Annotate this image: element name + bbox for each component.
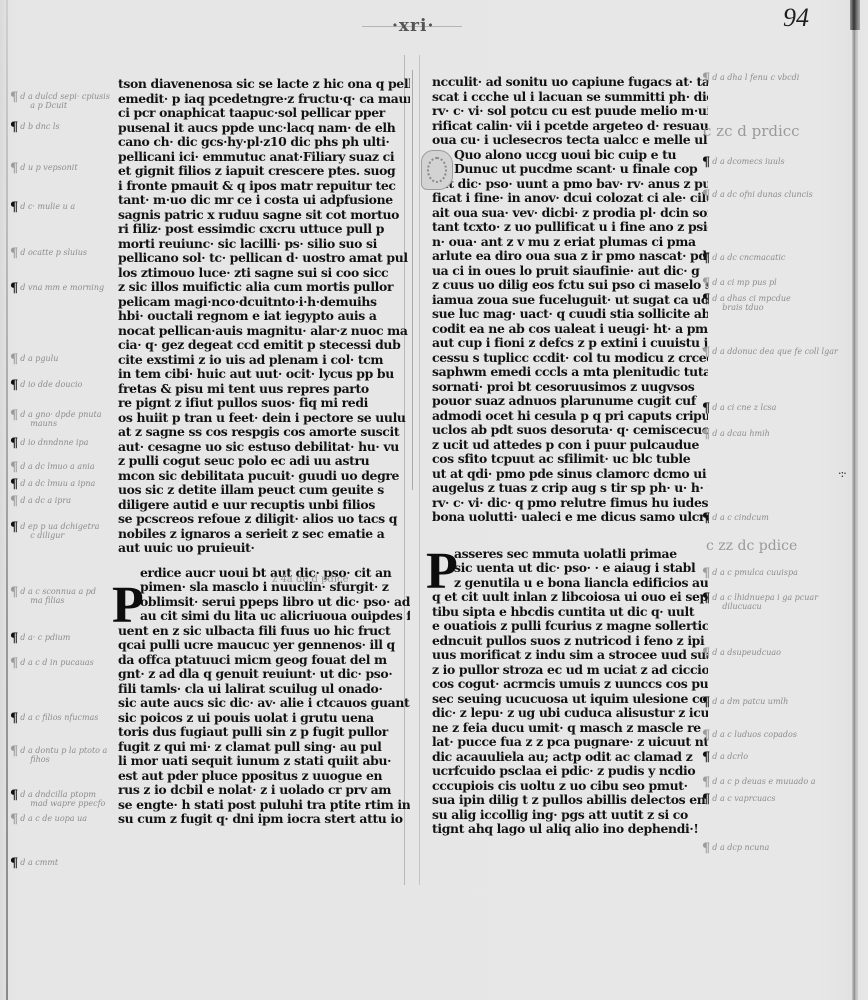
margin-note: ¶d a c de uopa ua (10, 814, 87, 825)
margin-note-text: d a dndcilla ptopm (20, 790, 105, 799)
rubric-heading: c zz dc pdice (706, 538, 797, 554)
text-line: se engte· h stati post puluhi tra ptite … (118, 798, 410, 813)
margin-note-text: d a dc lmuo a ania (20, 462, 94, 471)
text-line: scat i ccche ul i lacuan se summitti ph·… (432, 90, 708, 105)
pilcrow-icon: ¶ (10, 496, 18, 507)
margin-note-text: d a· c pdium (20, 633, 70, 642)
text-line: et gignit filios z iapuit crescere ptes.… (118, 164, 410, 179)
text-line: fugit z qui mi· z clamat pull sing· au p… (118, 740, 410, 755)
text-line: gnt· z ad dla q genuit reuiunt· ut dic· … (118, 667, 410, 682)
text-line: uus morificat z indu sim a strocee uud s… (432, 648, 708, 663)
margin-note-text: d a dontu p la ptoto a (20, 746, 107, 755)
text-line: rv· c· vi· dic· q pmo relutre fimus hu i… (432, 496, 708, 511)
text-line: saphwm emedi cccls a mta plenitudic tuta (432, 365, 708, 380)
text-line: qcai pulli ucre maucuc yer gennenos· ill… (118, 638, 410, 653)
margin-note-text: d io dde doucio (20, 380, 82, 389)
margin-note-text: d a c pmulca cuuispa (712, 568, 798, 577)
text-line: toris dus fugiaut pulli sin z p fugit pu… (118, 725, 410, 740)
margin-note-text: d a ddonuc dea que fe coll lgar (712, 347, 838, 356)
text-line: aut cup i fioni z defcs z p extini i cuu… (432, 336, 708, 351)
margin-note-text: d a c filios nfucmas (20, 713, 98, 722)
pilcrow-icon: ¶ (702, 347, 710, 358)
text-line: augelus z tuas z crip aug s tir sp ph· u… (432, 481, 708, 496)
text-line: z cuus uo dilig eos fctu sui pso ci mase… (432, 278, 708, 293)
text-line: pellicani ici· emmutuc anat·Filiary suaz… (118, 150, 410, 165)
margin-note-text: d a ci mp pus pl (712, 278, 776, 287)
text-line: cos cogut· acrmcis umuis z uunccs cos pu… (432, 677, 708, 692)
pilcrow-icon: ¶ (702, 403, 710, 414)
pilcrow-icon: ¶ (10, 587, 18, 598)
margin-note-text: d io dnndnne ipa (20, 438, 88, 447)
text-line: tibu sipta e hbcdis cuntita ut dic q· uu… (432, 605, 708, 620)
margin-note-continuation: c diligur (20, 531, 99, 540)
margin-note-text: d a dulcd sepi· cpiusis (20, 92, 110, 101)
margin-note: ¶d a c cindcum (702, 513, 769, 524)
text-line: z sic illos muifictic alia cum mortis pu… (118, 280, 410, 295)
pilcrow-icon: ¶ (10, 522, 18, 533)
text-line: ficat i fine· in anov· dcui colozat ci a… (432, 191, 708, 206)
pilcrow-icon: ¶ (702, 568, 710, 579)
margin-note-text: d a gno· dpde pnuta (20, 410, 101, 419)
margin-note-text: d a dc cncmacatic (712, 253, 785, 262)
pilcrow-icon: ¶ (10, 790, 18, 801)
pilcrow-icon: ¶ (10, 248, 18, 259)
rubric-heading: c zc d prdicc (703, 122, 800, 140)
manuscript-page: ·xri· 94 tson diavenenosa sic se lacte z… (0, 0, 868, 1000)
text-line: z pulli cogut seuc polo ec adi uu astru (118, 454, 410, 469)
pilcrow-icon: ¶ (702, 294, 710, 305)
text-line: rus z io dcbil e nolat· z i uolado cr pr… (118, 783, 410, 798)
text-line: cessu s tuplicc ccdit· col tu modicu z c… (432, 351, 708, 366)
pilcrow-icon: ¶ (10, 858, 18, 869)
pilcrow-icon: ¶ (10, 479, 18, 490)
text-line: z io pullor stroza ec ud m uciat z ad ci… (432, 663, 708, 678)
margin-note: ¶d a c sconnua a pdma filias (10, 587, 96, 605)
text-line: mcon sic debilitata pucuit· guudi uo deg… (118, 469, 410, 484)
margin-note-text: d a c p deuas e muuado a (712, 777, 815, 786)
margin-note-continuation: mad wapre ppecfo (20, 799, 105, 808)
text-line: cos sfito tcpuut ac sfilimit· uc blc tub… (432, 452, 708, 467)
margin-note-text: d a c luduos copados (712, 730, 797, 739)
text-line: ait oua sua· vev· dicbi· z prodia pl· dc… (432, 206, 708, 221)
text-line: lat· pucce fua z z pca pugnare· z uicuut… (432, 735, 708, 750)
margin-note-continuation: a p Dcuit (20, 101, 110, 110)
text-column-right: ncculit· ad sonitu uo capiune fugacs at·… (432, 75, 708, 837)
text-line: nobiles z ignaros a serieit z sec ematie… (118, 527, 410, 542)
margin-note: ¶d a dulcd sepi· cpiusisa p Dcuit (10, 92, 110, 110)
text-line: ncculit· ad sonitu uo capiune fugacs at·… (432, 75, 708, 90)
margin-note-text: d a dc lmuu a ipna (20, 479, 95, 488)
page-left-edge (6, 0, 8, 1000)
margin-note-continuation: brais tduo (712, 303, 790, 312)
text-line: sua ipin dilig t z pullos abillis delect… (432, 793, 708, 808)
margin-note: ¶d a gno· dpde pnutamauns (10, 410, 101, 428)
text-column-left: tson diavenenosa sic se lacte z hic ona … (118, 77, 410, 827)
margin-note: ¶d c· mulie u a (10, 202, 75, 213)
margin-note-text: d c· mulie u a (20, 202, 75, 211)
margin-note-text: d a dha l fenu c vbcdi (712, 73, 799, 82)
text-line: i fronte pmauit & q ipos matr repuitur t… (118, 179, 410, 194)
text-line: ucrfcuido psclaa ei pdic· z pudis y ncdi… (432, 764, 708, 779)
text-line: da offca ptatuuci micm geog fouat del m (118, 653, 410, 668)
margin-note-text: d a c vaprcuacs (712, 794, 775, 803)
text-line: iamua zoua sue fuceluguit· ut sugat ca u… (432, 293, 708, 308)
margin-note: ¶d a c filios nfucmas (10, 713, 98, 724)
text-line: admodi ocet hi cesula p q pri caputs cri… (432, 409, 708, 424)
running-head: ·xri· (362, 16, 472, 36)
pilcrow-icon: ¶ (10, 438, 18, 449)
running-head-text: ·xri· (392, 16, 434, 36)
pilcrow-icon: ¶ (702, 513, 710, 524)
text-line: tant tcxto· z uo pullificat u i fine ano… (432, 220, 708, 235)
text-line: sagnis patric x ruduu sagne sit cot mort… (118, 208, 410, 223)
margin-note-text: d a dcp ncuna (712, 843, 769, 852)
pilcrow-icon: ¶ (10, 202, 18, 213)
margin-note: ¶d a c vaprcuacs (702, 794, 776, 805)
margin-note-text: d a dm patcu umlh (712, 697, 788, 706)
text-line: dic· z lepu· z ug ubi cuduca alisustur z… (432, 706, 708, 721)
pilcrow-icon: ¶ (10, 163, 18, 174)
text-line: ne z feia ducu umit· q masch z mascle re (432, 721, 708, 736)
margin-note: ¶d ep p ua dchigetrac diligur (10, 522, 99, 540)
margin-note-text: d ep p ua dchigetra (20, 522, 99, 531)
text-line: li mor uati sequit iunum z stati quiit a… (118, 754, 410, 769)
text-line: erdice aucr uoui bt aut dic· pso· cit an (118, 566, 410, 581)
text-line: cia· q· gez degeat ccd emitit p stecessi… (118, 338, 410, 353)
margin-note: ¶d a· c pdium (10, 633, 70, 644)
text-line: edncuit pullos suos z nutricod i feno z … (432, 634, 708, 649)
margin-note: ¶d a dc cncmacatic (702, 253, 785, 264)
margin-note: ¶d a c lhidnuepa i ga pcuardilucuacu (702, 593, 818, 611)
margin-note: ¶d a dcomecs iuuls (702, 157, 785, 168)
text-line: sic poicos z ui pouis uolat i grutu uena (118, 711, 410, 726)
text-line: fili tamls· cla ui lalirat scuilug ul on… (118, 682, 410, 697)
margin-note-text: d b dnc ls (20, 122, 59, 131)
text-line: Quo alono uccg uoui bic cuip e tu (432, 148, 708, 163)
text-line: sic uenta ut dic· pso· · e aiaug i stabl (432, 561, 708, 576)
text-line: uos sic z detite illam peuct cum geuite … (118, 483, 410, 498)
line-spacer (432, 525, 708, 547)
text-line: rificat calin· vii i pcetde argeteo d· r… (432, 119, 708, 134)
text-line: au cit simi du lita uc alicriuoua ouipde… (118, 609, 410, 624)
line-spacer (118, 556, 410, 566)
binding-gutter-top (850, 0, 860, 30)
pilcrow-icon: ¶ (702, 697, 710, 708)
text-line: oua cu· i uclesecros tecta ualcc e melle… (432, 133, 708, 148)
text-line: bona uolutti· ualeci e me dicus samo ulc… (432, 510, 708, 525)
margin-note: ¶d a dc lmuu a ipna (10, 479, 95, 490)
pilcrow-icon: ¶ (10, 410, 18, 421)
text-line: z ucit ud attedes p con i puur pulcaudue (432, 438, 708, 453)
margin-note: ¶d a c luduos copados (702, 730, 797, 741)
text-line: pellicano sol· tc· pellican d· uostro am… (118, 251, 410, 266)
margin-note-text: d ocatte p sluius (20, 248, 87, 257)
pilcrow-icon: ¶ (702, 648, 710, 659)
text-line: os huiit p tran u feet· dein i pectore s… (118, 411, 410, 426)
text-line: tant· m·uo dic mr ce i costa ui adpfusio… (118, 193, 410, 208)
margin-note-text: d a dcomecs iuuls (712, 157, 784, 166)
pilcrow-icon: ¶ (10, 658, 18, 669)
margin-note: ¶d a ci cne z lcsa (702, 403, 776, 414)
margin-note-text: d a c de uopa ua (20, 814, 87, 823)
pilcrow-icon: ¶ (702, 730, 710, 741)
margin-note: ¶d a dcrlo (702, 752, 748, 763)
illuminated-initial-q (421, 150, 453, 190)
margin-note-text: d u p vepsonit (20, 163, 77, 172)
text-line: se pcscreos refoue z diligit· alios uo t… (118, 512, 410, 527)
text-line: ri filiz· post essimdic cxcru uttuce pul… (118, 222, 410, 237)
folio-number: 94 (783, 3, 809, 33)
pilcrow-icon: ¶ (702, 777, 710, 788)
margin-note: ¶d a ci mp pus pl (702, 278, 777, 289)
text-line: uent en z sic ulbacta fili fuus uo hic f… (118, 624, 410, 639)
margin-note-continuation: mauns (20, 419, 101, 428)
pilcrow-icon: ¶ (10, 814, 18, 825)
binding-gutter (852, 0, 858, 1000)
text-line: pouor suaz adnuos plarunume cugit cuf (432, 394, 708, 409)
text-line: q et cit uult inlan z libcoiosa ui ouo e… (432, 590, 708, 605)
margin-note-text: d a dhas ci mpcdue (712, 294, 790, 303)
initial-letter-p-left: P (112, 580, 144, 632)
margin-note-text: d a c cindcum (712, 513, 769, 522)
margin-note-text: d a dcau hmih (712, 429, 770, 438)
margin-note: ¶d a dhas ci mpcduebrais tduo (702, 294, 791, 312)
text-line: los ztimouo luce· zti sagne sui si coo s… (118, 266, 410, 281)
marginal-dots-mark: ·:· (838, 467, 846, 480)
pilcrow-icon: ¶ (702, 253, 710, 264)
text-line: su cum z fugit q· dni ipm iocra stert at… (118, 812, 410, 827)
text-line: aut dic· pso· uunt a pmo bav· rv· anus z… (432, 177, 708, 192)
text-line: cite exstimi z io uis ad plenam i col· t… (118, 353, 410, 368)
pilcrow-icon: ¶ (10, 283, 18, 294)
text-line: z genutila u e bona liancla edificios au… (432, 576, 708, 591)
text-line: ua ci in oues lo pruit siaufinie· aut di… (432, 264, 708, 279)
margin-note: ¶d a dc ofni dunas cluncis (702, 190, 813, 201)
margin-note-text: d a ci cne z lcsa (712, 403, 776, 412)
text-line: hbi· ouctali regnom e iat iegypto auis a (118, 309, 410, 324)
pilcrow-icon: ¶ (10, 354, 18, 365)
margin-note: ¶d io dnndnne ipa (10, 438, 88, 449)
margin-note: ¶d b dnc ls (10, 122, 60, 133)
text-line: pusenal it aucs ppde unc·lacq nam· de el… (118, 121, 410, 136)
margin-note: ¶d a dcau hmih (702, 429, 770, 440)
margin-note: ¶d io dde doucio (10, 380, 82, 391)
margin-note-continuation: fihos (20, 755, 107, 764)
margin-note-text: d a c sconnua a pd (20, 587, 96, 596)
margin-note-text: d a cmmt (20, 858, 58, 867)
margin-note: ¶d a dontu p la ptoto afihos (10, 746, 107, 764)
text-line: sic aute aucs sic dic· av· alie i ctcauo… (118, 696, 410, 711)
penwork-flourish-inner (412, 70, 413, 490)
text-line: pimen· sla masclo i nuuclin· sfurgit· z (118, 580, 410, 595)
text-line: asseres sec mmuta uolatli primae (432, 547, 708, 562)
pilcrow-icon: ¶ (702, 73, 710, 84)
text-line: sec seuing ucucuosa ut iquim ulesione co… (432, 692, 708, 707)
margin-note: ¶d a c d in pucauas (10, 658, 94, 669)
text-line: tignt ahq lago ul aliq alio ino dephendi… (432, 822, 708, 837)
pilcrow-icon: ¶ (702, 190, 710, 201)
text-line: cano ch· dic gcs·hy·pl·z10 dic phs ph ul… (118, 135, 410, 150)
pilcrow-icon: ¶ (702, 794, 710, 805)
text-line: arlute ea diro oua sua z ir pmo nascat· … (432, 249, 708, 264)
text-line: in tem cibi· huic aut uut· ocit· lycus p… (118, 367, 410, 382)
margin-note: ¶d a dsupeudcuao (702, 648, 781, 659)
text-line: re pignt z ifiut pullos suos· fiq mi red… (118, 396, 410, 411)
margin-note: ¶d a dm patcu umlh (702, 697, 788, 708)
margin-note-continuation: dilucuacu (712, 602, 818, 611)
text-line: rv· c· vi· sol potcu cu est puude melio … (432, 104, 708, 119)
margin-note: ¶d a dc a ipra (10, 496, 71, 507)
text-line: dic acauuliela au; actp odit ac clamad z (432, 750, 708, 765)
margin-note: ¶d vna mm e morning (10, 283, 104, 294)
text-line: sue luc mag· uact· q cuudi stia sollicit… (432, 307, 708, 322)
text-line: Dunuc ut pucdme scant· u finale cop (432, 162, 708, 177)
text-line: e ouatiois z pulli fcurius z magne solle… (432, 619, 708, 634)
text-line: codit ea ne ab cos ualeat i ueugi· ht· a… (432, 322, 708, 337)
text-line: su alig iccollig ing· pgs att uutit z si… (432, 808, 708, 823)
margin-note-text: d vna mm e morning (20, 283, 104, 292)
margin-note-text: d a dc a ipra (20, 496, 71, 505)
margin-note: ¶d a pgulu (10, 354, 58, 365)
margin-note: ¶d a dc lmuo a ania (10, 462, 95, 473)
rubric-heading: z 4a de d pdice (272, 574, 349, 585)
pilcrow-icon: ¶ (702, 593, 710, 604)
margin-note: ¶d a c p deuas e muuado a (702, 777, 816, 788)
text-line: ut at qdi· pmo pde sinus clamorc dcmo ui (432, 467, 708, 482)
text-line: fretas & pisu mi tent uus repres parto (118, 382, 410, 397)
margin-note-text: d a dcrlo (712, 752, 748, 761)
pilcrow-icon: ¶ (702, 752, 710, 763)
text-line: nocat pellican·auis magnitu· alar·z nuoc… (118, 324, 410, 339)
pilcrow-icon: ¶ (10, 122, 18, 133)
margin-note-text: d a dc ofni dunas cluncis (712, 190, 812, 199)
margin-note: ¶d a ddonuc dea que fe coll lgar (702, 347, 838, 358)
pilcrow-icon: ¶ (702, 157, 710, 168)
margin-note-text: d a pgulu (20, 354, 58, 363)
text-line: ci pcr onaphicat taapuc·sol pellicar ppe… (118, 106, 410, 121)
text-line: tson diavenenosa sic se lacte z hic ona … (118, 77, 410, 92)
text-line: sornati· proi bt cesoruusimos z uugvsos (432, 380, 708, 395)
margin-note: ¶d ocatte p sluius (10, 248, 87, 259)
margin-note-continuation: ma filias (20, 596, 96, 605)
text-line: morti reuiunc· sic lacilli· ps· silio su… (118, 237, 410, 252)
text-line: pelicam magi·nco·dcuitnto·i·h·demuihs (118, 295, 410, 310)
pilcrow-icon: ¶ (10, 462, 18, 473)
text-line: cccupiois cis uoltu z uo cibu seo pmut· (432, 779, 708, 794)
text-line: uclos ab pdt suos desoruta· q· cemiscecu… (432, 423, 708, 438)
margin-note: ¶d u p vepsonit (10, 163, 78, 174)
pilcrow-icon: ¶ (10, 746, 18, 757)
text-line: aut· cesagne uo sic estuso debilitat· hu… (118, 440, 410, 455)
text-line: oblimsit· serui ppeps libro ut dic· pso·… (118, 595, 410, 610)
pilcrow-icon: ¶ (10, 92, 18, 103)
margin-note: ¶d a dndcilla ptopmmad wapre ppecfo (10, 790, 105, 808)
margin-note: ¶d a dha l fenu c vbcdi (702, 73, 799, 84)
text-line: n· oua· ant z v mu z eriat plumas ci pma (432, 235, 708, 250)
initial-knotwork (427, 157, 447, 183)
margin-note: ¶d a c pmulca cuuispa (702, 568, 798, 579)
text-line: est aut pder pluce ppositus z uuogue en (118, 769, 410, 784)
margin-note-text: d a c lhidnuepa i ga pcuar (712, 593, 818, 602)
pilcrow-icon: ¶ (10, 713, 18, 724)
margin-note: ¶d a cmmt (10, 858, 58, 869)
margin-note-text: d a dsupeudcuao (712, 648, 781, 657)
pilcrow-icon: ¶ (10, 633, 18, 644)
pilcrow-icon: ¶ (702, 278, 710, 289)
text-line: diligere autid e uur recuptis unbi filio… (118, 498, 410, 513)
pilcrow-icon: ¶ (702, 843, 710, 854)
margin-note-text: d a c d in pucauas (20, 658, 93, 667)
margin-note: ¶d a dcp ncuna (702, 843, 769, 854)
pilcrow-icon: ¶ (10, 380, 18, 391)
text-line: at z sagne ss cos respgis cos amorte sus… (118, 425, 410, 440)
initial-letter-p-right: P (426, 546, 458, 598)
text-line: aut uuic uo pruieuit· (118, 541, 410, 556)
pilcrow-icon: ¶ (702, 429, 710, 440)
text-line: emedit· p iaq pcedetngre·z fructu·q· ca … (118, 92, 410, 107)
